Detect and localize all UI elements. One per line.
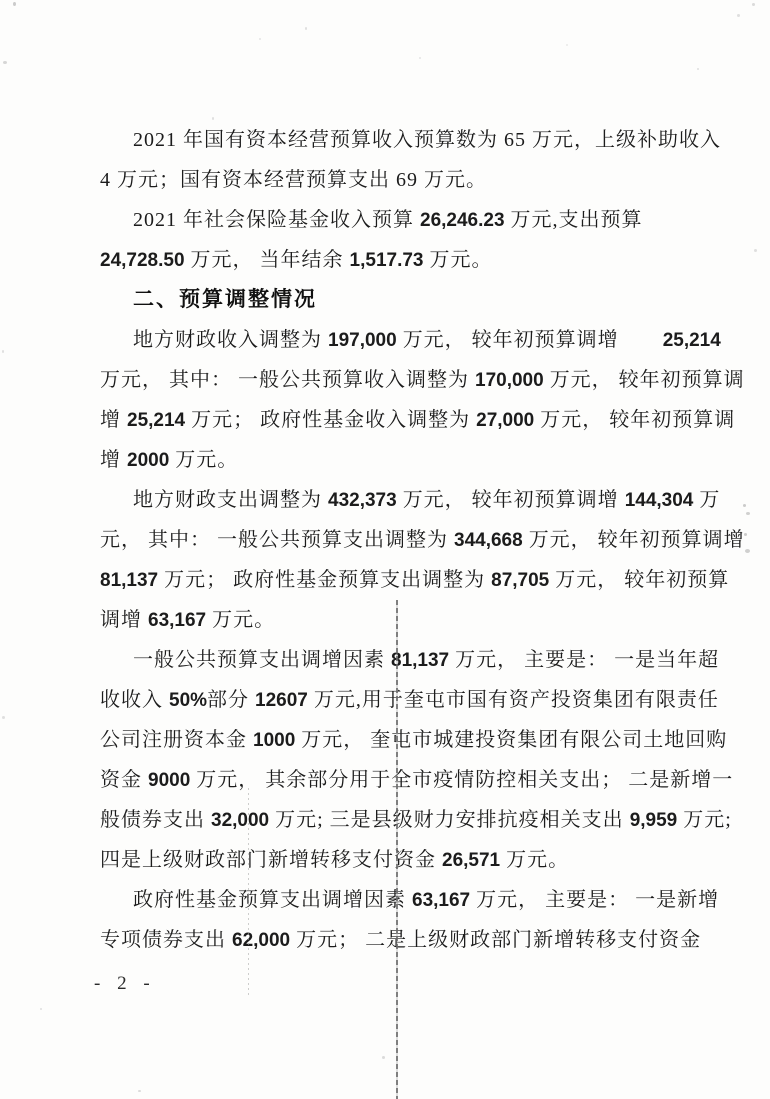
text-segment: 部分 (207, 689, 255, 711)
text-segment: 万元,用于奎屯市国有资产投资集团有限责任 (308, 689, 719, 711)
text-segment: 公司注册资本金 (100, 729, 253, 751)
scan-speck (382, 1056, 385, 1059)
text-segment: 资金 (100, 769, 148, 791)
text-line: 24,728.50 万元， 当年结余 1,517.73 万元。 (100, 240, 700, 280)
text-segment: 万元， 其中： 一般公共预算收入调整为 (100, 369, 475, 391)
text-segment: 万元， 较年初预算调增 (397, 329, 619, 351)
scan-speck (2, 350, 4, 353)
scan-speck (566, 44, 568, 46)
text-segment: 万元， 其余部分用于全市疫情防控相关支出； 二是新增一 (190, 769, 733, 791)
text-segment: 四是上级财政部门新增转移支付资金 (100, 849, 442, 871)
text-line: 2021 年国有资本经营预算收入预算数为 65 万元，上级补助收入 (100, 120, 700, 160)
text-line: 一般公共预算支出调增因素 81,137 万元， 主要是： 一是当年超 (100, 640, 700, 680)
text-segment: 万 (693, 489, 720, 511)
text-segment: 地方财政支出调整为 (133, 489, 328, 511)
text-segment: 万元,支出预算 (505, 209, 643, 231)
numeric-value: 24,728.50 (100, 250, 185, 271)
numeric-value: 26,246.23 (420, 210, 505, 231)
numeric-value: 1000 (253, 730, 295, 751)
numeric-value: 197,000 (328, 330, 397, 351)
numeric-value: 344,668 (454, 530, 523, 551)
numeric-value: 50% (169, 690, 207, 711)
text-line: 政府性基金预算支出调增因素 63,167 万元， 主要是： 一是新增 (100, 880, 700, 920)
text-line: 地方财政收入调整为 197,000 万元， 较年初预算调增25,214 (100, 320, 700, 360)
text-segment: 万元。 (169, 449, 238, 471)
scan-speck (419, 57, 421, 59)
scanned-document-page: 2021 年国有资本经营预算收入预算数为 65 万元，上级补助收入4 万元；国有… (0, 0, 770, 1099)
text-line: 调增 63,167 万元。 (100, 600, 700, 640)
numeric-value: 432,373 (328, 490, 397, 511)
scan-faint-line (248, 788, 249, 995)
numeric-value: 87,705 (491, 570, 549, 591)
scan-speck (2, 716, 5, 719)
text-segment: 万元， 较年初预算调增 (523, 529, 745, 551)
text-segment: 元， 其中： 一般公共预算支出调整为 (100, 529, 454, 551)
text-segment: 万元； 二是上级财政部门新增转移支付资金 (290, 929, 701, 951)
scan-speck (745, 549, 750, 553)
text-line: 资金 9000 万元， 其余部分用于全市疫情防控相关支出； 二是新增一 (100, 760, 700, 800)
scan-speck (305, 27, 307, 30)
text-segment: 万元， 较年初预算调 (534, 409, 735, 431)
scan-speck (737, 14, 740, 17)
scan-speck (212, 117, 214, 120)
scan-speck (3, 61, 7, 64)
text-segment: 万元。 (206, 609, 275, 631)
text-line: 地方财政支出调整为 432,373 万元， 较年初预算调增 144,304 万 (100, 480, 700, 520)
scan-speck (754, 249, 757, 252)
text-line: 81,137 万元； 政府性基金预算支出调整为 87,705 万元， 较年初预算 (100, 560, 700, 600)
numeric-value: 63,167 (148, 610, 206, 631)
text-segment: 万元， 当年结余 (185, 249, 350, 271)
text-line: 专项债券支出 62,000 万元； 二是上级财政部门新增转移支付资金 (100, 920, 700, 960)
text-segment: 般债券支出 (100, 809, 211, 831)
scan-fold-line (396, 600, 398, 1099)
text-segment: 万元， 主要是： 一是新增 (470, 889, 719, 911)
text-line: 四是上级财政部门新增转移支付资金 26,571 万元。 (100, 840, 700, 880)
text-segment: 万元， 较年初预算 (549, 569, 729, 591)
text-segment: 二、预算调整情况 (133, 288, 317, 311)
text-line: 4 万元；国有资本经营预算支出 69 万元。 (100, 160, 700, 200)
text-segment: 万元; (677, 809, 732, 831)
scan-speck (13, 2, 16, 6)
scan-speck (259, 38, 261, 40)
text-segment: 万元。 (424, 249, 493, 271)
text-segment: 2021 年社会保险基金收入预算 (133, 209, 420, 231)
numeric-value: 32,000 (211, 810, 269, 831)
numeric-value: 1,517.73 (350, 250, 424, 271)
numeric-value: 27,000 (476, 410, 534, 431)
scan-speck (752, 3, 755, 6)
document-text: 2021 年国有资本经营预算收入预算数为 65 万元，上级补助收入4 万元；国有… (100, 120, 700, 960)
scan-speck (746, 512, 750, 515)
text-segment: 一般公共预算支出调增因素 (133, 649, 391, 671)
text-segment: 专项债券支出 (100, 929, 232, 951)
numeric-value: 81,137 (391, 650, 449, 671)
text-line: 万元， 其中： 一般公共预算收入调整为 170,000 万元， 较年初预算调 (100, 360, 700, 400)
numeric-value: 26,571 (442, 850, 500, 871)
numeric-value: 2000 (127, 450, 169, 471)
text-segment: 万元； 政府性基金收入调整为 (185, 409, 476, 431)
numeric-value: 9000 (148, 770, 190, 791)
numeric-value: 81,137 (100, 570, 158, 591)
text-segment: 调增 (100, 609, 148, 631)
text-line: 公司注册资本金 1000 万元， 奎屯市城建投资集团有限公司土地回购 (100, 720, 700, 760)
scan-speck (640, 147, 642, 149)
text-segment: 增 (100, 449, 127, 471)
text-line: 2021 年社会保险基金收入预算 26,246.23 万元,支出预算 (100, 200, 700, 240)
text-line: 收收入 50%部分 12607 万元,用于奎屯市国有资产投资集团有限责任 (100, 680, 700, 720)
text-segment: 增 (100, 409, 127, 431)
numeric-value: 9,959 (630, 810, 678, 831)
scan-speck (40, 1008, 42, 1010)
text-segment: 地方财政收入调整为 (133, 329, 328, 351)
text-segment: 万元; 三是县级财力安排抗疫相关支出 (269, 809, 630, 831)
text-segment: 万元， 主要是： 一是当年超 (449, 649, 719, 671)
text-segment: 收收入 (100, 689, 169, 711)
text-segment: 万元， 较年初预算调增 (397, 489, 625, 511)
numeric-value: 170,000 (475, 370, 544, 391)
scan-speck (138, 1090, 141, 1092)
text-line: 般债券支出 32,000 万元; 三是县级财力安排抗疫相关支出 9,959 万元… (100, 800, 700, 840)
numeric-value: 62,000 (232, 930, 290, 951)
text-line: 元， 其中： 一般公共预算支出调整为 344,668 万元， 较年初预算调增 (100, 520, 700, 560)
text-segment: 2021 年国有资本经营预算收入预算数为 65 万元，上级补助收入 (133, 129, 721, 151)
text-segment: 万元， 奎屯市城建投资集团有限公司土地回购 (295, 729, 727, 751)
text-segment: 万元。 (500, 849, 569, 871)
numeric-value: 25,214 (127, 410, 185, 431)
text-segment: 万元， 较年初预算调 (544, 369, 745, 391)
text-line: 增 25,214 万元； 政府性基金收入调整为 27,000 万元， 较年初预算… (100, 400, 700, 440)
text-segment: 万元； 政府性基金预算支出调整为 (158, 569, 491, 591)
page-number: - 2 - (94, 973, 156, 995)
section-heading: 二、预算调整情况 (100, 280, 700, 320)
text-segment: 政府性基金预算支出调增因素 (133, 889, 412, 911)
text-segment: 4 万元；国有资本经营预算支出 69 万元。 (100, 169, 487, 191)
numeric-value: 12607 (255, 690, 308, 711)
scan-speck (743, 504, 746, 507)
text-line: 增 2000 万元。 (100, 440, 700, 480)
scan-speck (744, 533, 747, 536)
scan-speck (697, 68, 699, 70)
numeric-value: 144,304 (625, 490, 694, 511)
numeric-value: 25,214 (663, 330, 721, 351)
numeric-value: 63,167 (412, 890, 470, 911)
